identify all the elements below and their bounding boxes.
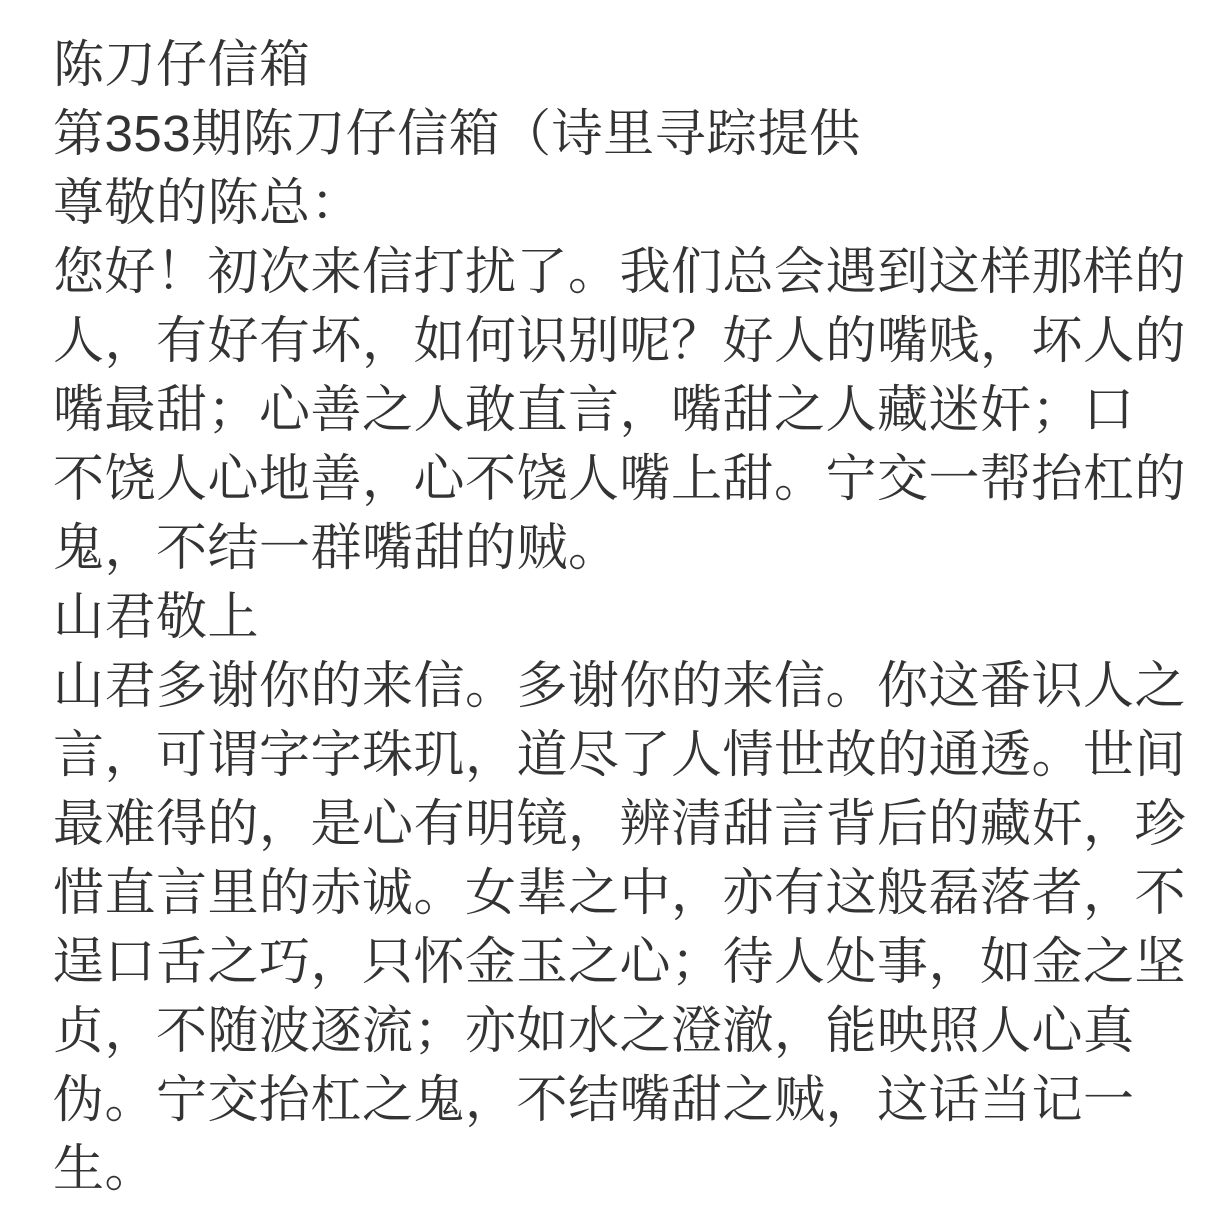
issue-line: 第353期陈刀仔信箱（诗里寻踪提供 [53,99,1185,168]
page-title: 陈刀仔信箱 [53,30,1185,99]
reply-line: 生。 [53,1134,1185,1203]
letter-line: 嘴最甜；心善之人敢直言，嘴甜之人藏迷奸；口 [53,375,1185,444]
document-page: 陈刀仔信箱 第353期陈刀仔信箱（诗里寻踪提供 尊敬的陈总： 您好！初次来信打扰… [0,0,1219,1224]
reply-line: 伪。宁交抬杠之鬼，不结嘴甜之贼，这话当记一 [53,1065,1185,1134]
reply-line: 贞，不随波逐流；亦如水之澄澈，能映照人心真 [53,996,1185,1065]
reply-line: 山君多谢你的来信。多谢你的来信。你这番识人之 [53,651,1185,720]
letter-line: 人，有好有坏，如何识别呢？好人的嘴贱，坏人的 [53,306,1185,375]
letter-line: 您好！初次来信打扰了。我们总会遇到这样那样的 [53,237,1185,306]
letter-salutation: 尊敬的陈总： [53,168,1185,237]
reply-line: 惜直言里的赤诚。女辈之中，亦有这般磊落者，不 [53,858,1185,927]
reply-line: 最难得的，是心有明镜，辨清甜言背后的藏奸，珍 [53,789,1185,858]
reply-line: 言，可谓字字珠玑，道尽了人情世故的通透。世间 [53,720,1185,789]
letter-signature: 山君敬上 [53,582,1185,651]
letter-line: 不饶人心地善，心不饶人嘴上甜。宁交一帮抬杠的 [53,444,1185,513]
reply-line: 逞口舌之巧，只怀金玉之心；待人处事，如金之坚 [53,927,1185,996]
letter-line: 鬼，不结一群嘴甜的贼。 [53,513,1185,582]
